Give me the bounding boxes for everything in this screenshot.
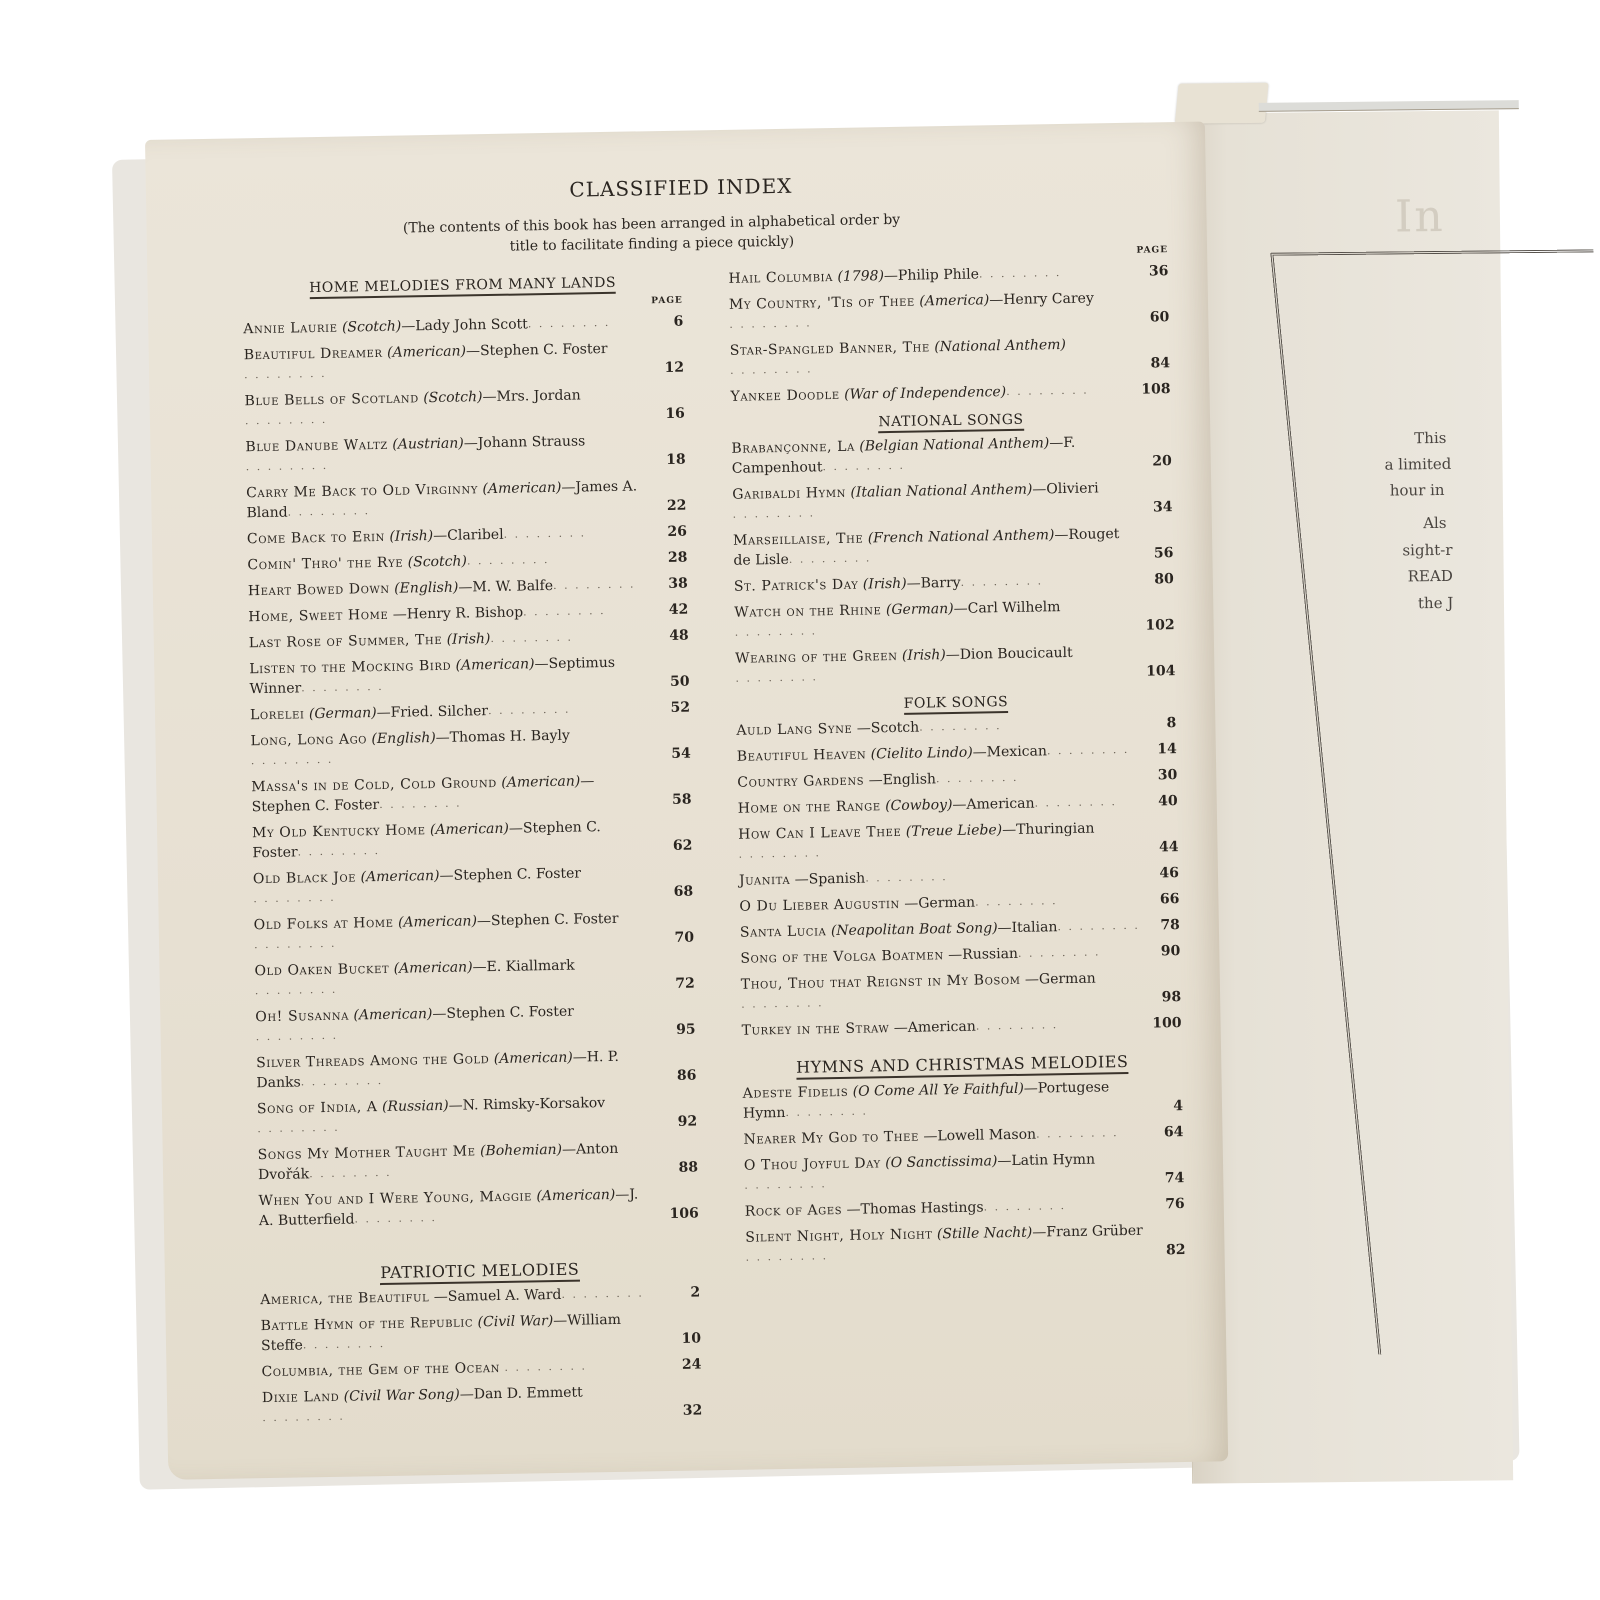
- dot-leader: . . . . . . . .: [983, 1196, 1066, 1217]
- entry-text: Turkey in the Straw —American . . . . . …: [741, 1014, 1143, 1041]
- page-number: 14: [1139, 739, 1177, 760]
- index-entry: Lorelei (German)—Fried. Silcher . . . . …: [250, 698, 690, 726]
- song-origin: (German): [309, 705, 377, 722]
- page-number: 6: [639, 312, 683, 333]
- song-title: Thou, Thou that Reignst in My Bosom: [741, 972, 1021, 993]
- song-composer: —German: [1025, 971, 1096, 988]
- entry-text: Brabançonne, La (Belgian National Anthem…: [731, 432, 1134, 479]
- song-title: Old Black Joe: [253, 869, 356, 887]
- song-composer: —Franz Grüber: [1032, 1223, 1143, 1241]
- dot-leader: . . . . . . . .: [309, 1163, 392, 1184]
- index-entry: Battle Hymn of the Republic (Civil War)—…: [261, 1308, 702, 1356]
- dot-leader: . . . . . . . .: [1034, 792, 1117, 813]
- song-title: Star-Spangled Banner, The: [730, 339, 930, 358]
- dot-leader: . . . . . . . .: [253, 888, 336, 909]
- page-number: 104: [1137, 661, 1175, 682]
- song-title: Long, Long Ago: [250, 731, 367, 749]
- entry-text: Lorelei (German)—Fried. Silcher . . . . …: [250, 698, 646, 725]
- song-origin: (Treue Liebe): [906, 822, 1003, 840]
- dot-leader: . . . . . . . .: [251, 750, 334, 771]
- song-origin: (Austrian): [392, 435, 464, 452]
- index-entry: Song of the Volga Boatmen —Russian . . .…: [740, 941, 1180, 969]
- song-origin: (Scotch): [408, 553, 468, 570]
- index-entry: Nearer My God to Thee —Lowell Mason . . …: [743, 1122, 1183, 1150]
- dot-leader: . . . . . . . .: [741, 993, 824, 1014]
- entry-text: Thou, Thou that Reignst in My Bosom —Ger…: [741, 968, 1144, 1015]
- dot-leader: . . . . . . . .: [822, 456, 905, 477]
- song-title: Silver Threads Among the Gold: [256, 1051, 489, 1071]
- index-entry: Listen to the Mocking Bird (American)—Se…: [249, 652, 690, 700]
- index-entry: America, the Beautiful —Samuel A. Ward .…: [260, 1282, 700, 1310]
- song-composer: —Stephen C. Foster: [466, 341, 608, 359]
- song-title: Auld Lang Syne: [736, 721, 852, 739]
- page-number: 80: [1136, 569, 1174, 590]
- page-number: 88: [654, 1158, 698, 1179]
- entry-text: Juanita —Spanish . . . . . . . .: [739, 864, 1141, 891]
- song-title: Marseillaise, The: [733, 531, 864, 549]
- entry-text: Songs My Mother Taught Me (Bohemian)—Ant…: [258, 1138, 655, 1185]
- cover-edge: [1259, 100, 1519, 112]
- entry-text: Santa Lucia (Neapolitan Boat Song)—Itali…: [740, 916, 1142, 943]
- song-title: O Thou Joyful Day: [744, 1155, 881, 1173]
- index-entry: My Country, 'Tis of Thee (America)—Henry…: [729, 287, 1170, 335]
- index-entry: Last Rose of Summer, The (Irish) . . . .…: [249, 626, 689, 654]
- index-entry: Old Folks at Home (American)—Stephen C. …: [254, 908, 695, 956]
- page-number: 2: [656, 1282, 700, 1303]
- entry-text: Old Black Joe (American)—Stephen C. Fost…: [253, 862, 650, 909]
- song-title: Juanita: [739, 872, 790, 889]
- song-composer: —E. Kiallmark: [472, 958, 574, 976]
- song-composer: —Henry Carey: [989, 290, 1094, 308]
- song-title: Garibaldi Hymn: [732, 485, 846, 503]
- song-title: Wearing of the Green: [735, 648, 898, 667]
- song-title: Comin' Thro' the Rye: [247, 555, 403, 574]
- index-entry: Turkey in the Straw —American . . . . . …: [741, 1013, 1181, 1041]
- dot-leader: . . . . . . . .: [1018, 942, 1101, 963]
- page-number: 64: [1145, 1122, 1183, 1143]
- song-title: Heart Bowed Down: [248, 581, 390, 599]
- right-page-text: hour in: [1390, 481, 1445, 500]
- dot-leader: . . . . . . . .: [257, 1118, 340, 1139]
- song-composer: —Dan D. Emmett: [460, 1385, 583, 1403]
- song-composer: —Stephen C. Foster: [432, 1004, 574, 1022]
- song-origin: (Irish): [446, 631, 490, 648]
- page-number: 70: [650, 928, 694, 949]
- song-origin: (Neapolitan Boat Song): [831, 920, 998, 939]
- dot-leader: . . . . . . . .: [865, 867, 948, 888]
- song-origin: (American): [501, 774, 580, 791]
- song-title: Carry Me Back to Old Virginny: [246, 481, 478, 501]
- song-composer: —Samuel A. Ward: [434, 1287, 562, 1305]
- song-title: Beautiful Dreamer: [244, 345, 383, 363]
- page-number: 98: [1143, 987, 1181, 1008]
- entry-text: Marseillaise, The (French National Anthe…: [733, 524, 1136, 571]
- page-border-frame: [1270, 249, 1600, 1354]
- page-number: 32: [658, 1400, 702, 1421]
- song-title: Battle Hymn of the Republic: [261, 1314, 474, 1334]
- page-number: 46: [1141, 863, 1179, 884]
- song-title: Old Oaken Bucket: [254, 961, 389, 979]
- entry-text: Beautiful Heaven (Cielito Lindo)—Mexican…: [737, 740, 1139, 767]
- index-page: CLASSIFIED INDEX (The contents of this b…: [145, 122, 1228, 1480]
- page-number: 86: [652, 1066, 696, 1087]
- dot-leader: . . . . . . . .: [561, 1283, 644, 1304]
- dot-leader: . . . . . . . .: [976, 1015, 1059, 1036]
- index-entry: Comin' Thro' the Rye (Scotch) . . . . . …: [247, 548, 687, 576]
- entry-text: Carry Me Back to Old Virginny (American)…: [246, 476, 643, 523]
- index-entry: Oh! Susanna (American)—Stephen C. Foster…: [255, 1000, 696, 1048]
- dot-leader: . . . . . . . .: [1047, 740, 1130, 761]
- song-title: Nearer My God to Thee: [743, 1129, 919, 1148]
- dot-leader: . . . . . . . .: [735, 621, 818, 642]
- page-number: 34: [1134, 497, 1172, 518]
- index-entry: Massa's in de Cold, Cold Ground (America…: [251, 770, 692, 818]
- page-number: 92: [653, 1112, 697, 1133]
- song-origin: (Cowboy): [885, 797, 953, 814]
- page-number: 22: [642, 496, 686, 517]
- song-title: Adeste Fidelis: [743, 1084, 849, 1102]
- entry-text: Massa's in de Cold, Cold Ground (America…: [251, 770, 648, 817]
- song-title: Watch on the Rhine: [734, 602, 881, 621]
- section-heading-folk: FOLK SONGS: [736, 691, 1176, 715]
- song-origin: (American): [482, 480, 561, 497]
- song-origin: (Russian): [382, 1098, 449, 1115]
- song-composer: —Carl Wilhelm: [954, 599, 1061, 617]
- dot-leader: . . . . . . . .: [467, 550, 550, 571]
- dot-leader: . . . . . . . .: [745, 1246, 828, 1267]
- song-origin: (Civil War Song): [344, 1387, 460, 1405]
- song-origin: (Civil War): [477, 1313, 553, 1330]
- page-number: 108: [1132, 379, 1170, 400]
- song-composer: —N. Rimsky-Korsakov: [449, 1095, 606, 1114]
- song-origin: (O Sanctissima): [885, 1153, 997, 1171]
- page-number: 12: [640, 358, 684, 379]
- entry-text: My Old Kentucky Home (American)—Stephen …: [252, 816, 649, 863]
- entry-list-patriotic: America, the Beautiful —Samuel A. Ward .…: [260, 1282, 702, 1428]
- song-origin: (American): [430, 821, 509, 838]
- song-title: Dixie Land: [262, 1389, 340, 1406]
- index-entry: Song of India, A (Russian)—N. Rimsky-Kor…: [257, 1092, 698, 1140]
- entry-list-national: Brabançonne, La (Belgian National Anthem…: [731, 431, 1175, 689]
- song-composer: —Lady John Scott: [401, 316, 528, 334]
- index-entry: Home, Sweet Home —Henry R. Bishop . . . …: [248, 600, 688, 628]
- index-entry: Country Gardens —English . . . . . . . .…: [737, 765, 1177, 793]
- right-page-text: the J: [1418, 594, 1454, 612]
- song-title: St. Patrick's Day: [734, 577, 859, 595]
- song-origin: (American): [455, 656, 534, 673]
- index-entry: Heart Bowed Down (English)—M. W. Balfe .…: [248, 574, 688, 602]
- entry-text: Columbia, the Gem of the Ocean . . . . .…: [261, 1355, 657, 1382]
- entry-text: America, the Beautiful —Samuel A. Ward .…: [260, 1283, 656, 1310]
- song-title: Rock of Ages: [745, 1202, 843, 1220]
- dot-leader: . . . . . . . .: [919, 716, 1002, 737]
- song-origin: (American): [393, 959, 472, 976]
- entry-text: Rock of Ages —Thomas Hastings . . . . . …: [745, 1195, 1147, 1222]
- section-heading-hymns: HYMNS AND CHRISTMAS MELODIES: [742, 1051, 1182, 1078]
- dot-leader: . . . . . . . .: [254, 934, 337, 955]
- dot-leader: . . . . . . . .: [975, 891, 1058, 912]
- song-title: Santa Lucia: [740, 923, 827, 941]
- index-entry: Beautiful Heaven (Cielito Lindo)—Mexican…: [737, 739, 1177, 767]
- page-number: 8: [1138, 713, 1176, 734]
- song-title: Last Rose of Summer, The: [249, 632, 443, 651]
- index-entry: Thou, Thou that Reignst in My Bosom —Ger…: [741, 967, 1182, 1015]
- song-title: Blue Bells of Scotland: [244, 390, 419, 409]
- page-tab-flap: [1175, 83, 1269, 124]
- song-title: Blue Danube Waltz: [245, 437, 388, 455]
- page-number: 106: [655, 1203, 699, 1224]
- song-title: Country Gardens: [737, 773, 864, 791]
- song-origin: (American): [387, 343, 466, 360]
- song-origin: (American): [398, 913, 477, 930]
- song-title: My Country, 'Tis of Thee: [729, 294, 915, 313]
- song-origin: (American): [353, 1006, 432, 1023]
- song-title: Listen to the Mocking Bird: [249, 658, 451, 678]
- entry-text: O Thou Joyful Day (O Sanctissima)—Latin …: [744, 1149, 1147, 1196]
- entry-text: Come Back to Erin (Irish)—Claribel . . .…: [247, 522, 643, 549]
- page-number: 52: [646, 698, 690, 719]
- index-entry: Star-Spangled Banner, The (National Anth…: [730, 333, 1171, 381]
- song-title: Annie Laurie: [243, 320, 338, 338]
- page-number: 95: [651, 1020, 695, 1041]
- song-composer: —Mexican: [973, 743, 1047, 760]
- entry-text: Old Folks at Home (American)—Stephen C. …: [254, 908, 651, 955]
- index-entry: Beautiful Dreamer (American)—Stephen C. …: [244, 338, 685, 386]
- page-number: 68: [649, 882, 693, 903]
- entry-text: Song of India, A (Russian)—N. Rimsky-Kor…: [257, 1092, 654, 1139]
- song-origin: (Irish): [389, 528, 433, 545]
- page-number: 40: [1140, 791, 1178, 812]
- index-entry: Carry Me Back to Old Virginny (American)…: [246, 476, 687, 524]
- entry-text: How Can I Leave Thee (Treue Liebe)—Thuri…: [738, 818, 1141, 865]
- page-number: 26: [643, 522, 687, 543]
- entry-list-home-melodies: Annie Laurie (Scotch)—Lady John Scott . …: [243, 312, 699, 1232]
- page-number: 74: [1146, 1168, 1184, 1189]
- song-title: Hail Columbia: [728, 269, 833, 287]
- song-composer: —Dion Boucicault: [946, 645, 1073, 663]
- entry-text: Home, Sweet Home —Henry R. Bishop . . . …: [248, 600, 644, 627]
- index-entry: Songs My Mother Taught Me (Bohemian)—Ant…: [258, 1138, 699, 1186]
- song-composer: —American: [894, 1019, 976, 1036]
- right-page: In This a limited hour in Als sight-r RE…: [1178, 110, 1513, 1483]
- song-title: Beautiful Heaven: [737, 747, 867, 765]
- index-entry: Auld Lang Syne —Scotch . . . . . . . .8: [736, 713, 1176, 741]
- song-title: O Du Lieber Augustin: [739, 896, 900, 915]
- song-composer: —Olivieri: [1032, 480, 1099, 497]
- song-title: Yankee Doodle: [730, 387, 839, 405]
- song-composer: —English: [868, 771, 936, 788]
- entry-text: Star-Spangled Banner, The (National Anth…: [730, 334, 1133, 381]
- song-composer: —Thuringian: [1002, 821, 1095, 839]
- index-entry: How Can I Leave Thee (Treue Liebe)—Thuri…: [738, 817, 1179, 865]
- page-number: 82: [1147, 1240, 1185, 1261]
- entry-text: When You and I Were Young, Maggie (Ameri…: [258, 1184, 655, 1231]
- page-number: 90: [1142, 941, 1180, 962]
- index-entry: Silver Threads Among the Gold (American)…: [256, 1046, 697, 1094]
- right-page-text: Als: [1423, 514, 1447, 532]
- page-number: 36: [1130, 261, 1168, 282]
- song-title: Songs My Mother Taught Me: [258, 1143, 476, 1163]
- page-number: 84: [1132, 353, 1170, 374]
- song-composer: —Fried. Silcher: [377, 703, 489, 721]
- dot-leader: . . . . . . . .: [297, 841, 380, 862]
- dot-leader: . . . . . . . .: [244, 364, 327, 385]
- dot-leader: . . . . . . . .: [1057, 916, 1140, 937]
- song-origin: (Stille Nacht): [937, 1225, 1033, 1243]
- dot-leader: . . . . . . . .: [488, 700, 571, 721]
- song-title: Home, Sweet Home: [248, 607, 388, 625]
- song-title: Old Folks at Home: [254, 915, 394, 933]
- index-entry: Silent Night, Holy Night (Stille Nacht)—…: [745, 1220, 1186, 1268]
- song-composer: —Latin Hymn: [997, 1152, 1095, 1170]
- page-number: 66: [1141, 889, 1179, 910]
- song-origin: (Scotch): [342, 319, 402, 336]
- song-origin: (American): [360, 868, 439, 885]
- entry-text: Country Gardens —English . . . . . . . .: [737, 766, 1139, 793]
- song-origin: (1798): [837, 268, 884, 285]
- entry-text: Hail Columbia (1798)—Philip Phile . . . …: [728, 262, 1130, 289]
- song-composer: —Stephen C. Foster: [477, 911, 619, 929]
- entry-text: Home on the Range (Cowboy)—American . . …: [738, 792, 1140, 819]
- song-composer: —Russian: [948, 946, 1018, 963]
- song-title: Lorelei: [250, 706, 305, 723]
- dot-leader: . . . . . . . .: [245, 410, 328, 431]
- song-origin: (National Anthem): [934, 337, 1066, 355]
- entry-list-hymns: Adeste Fidelis (O Come All Ye Faithful)—…: [743, 1076, 1186, 1268]
- dot-leader: . . . . . . . .: [301, 1071, 384, 1092]
- index-entry: Marseillaise, The (French National Anthe…: [733, 523, 1174, 571]
- index-entry: Watch on the Rhine (German)—Carl Wilhelm…: [734, 595, 1175, 643]
- dot-leader: . . . . . . . .: [979, 263, 1062, 284]
- song-composer: —Scotch: [857, 720, 920, 737]
- entry-text: Nearer My God to Thee —Lowell Mason . . …: [743, 1123, 1145, 1150]
- dot-leader: . . . . . . . .: [354, 1208, 437, 1229]
- song-origin: (English): [394, 580, 459, 597]
- index-entry: My Old Kentucky Home (American)—Stephen …: [252, 816, 693, 864]
- entry-text: Battle Hymn of the Republic (Civil War)—…: [261, 1309, 658, 1356]
- dot-leader: . . . . . . . .: [738, 843, 821, 864]
- index-entry: Yankee Doodle (War of Independence) . . …: [730, 379, 1170, 407]
- index-entry: Come Back to Erin (Irish)—Claribel . . .…: [247, 522, 687, 550]
- song-composer: —Spanish: [795, 871, 866, 888]
- index-entry: St. Patrick's Day (Irish)—Barry . . . . …: [734, 569, 1174, 597]
- index-entry: Hail Columbia (1798)—Philip Phile . . . …: [728, 261, 1168, 289]
- dot-leader: . . . . . . . .: [729, 313, 812, 334]
- page-number: 16: [641, 404, 685, 425]
- song-origin: (Bohemian): [480, 1142, 562, 1159]
- song-title: Home on the Range: [738, 798, 881, 816]
- index-entry: Garibaldi Hymn (Italian National Anthem)…: [732, 477, 1173, 525]
- entry-text: Silent Night, Holy Night (Stille Nacht)—…: [745, 1221, 1148, 1268]
- song-title: Silent Night, Holy Night: [745, 1226, 933, 1245]
- song-composer: —Johann Strauss: [464, 433, 586, 451]
- page-number: 30: [1139, 765, 1177, 786]
- dot-leader: . . . . . . . .: [379, 794, 462, 815]
- page-number: 28: [643, 548, 687, 569]
- dot-leader: . . . . . . . .: [732, 503, 815, 524]
- page-title: CLASSIFIED INDEX: [201, 167, 1161, 208]
- song-origin: (Cielito Lindo): [871, 745, 973, 763]
- entry-text: Auld Lang Syne —Scotch . . . . . . . .: [736, 714, 1138, 741]
- page-number: 24: [657, 1354, 701, 1375]
- page-number: 58: [647, 790, 691, 811]
- index-entry: Blue Bells of Scotland (Scotch)—Mrs. Jor…: [244, 384, 685, 432]
- song-origin: (Italian National Anthem): [850, 482, 1032, 501]
- song-title: Turkey in the Straw: [741, 1020, 889, 1039]
- entry-text: Old Oaken Bucket (American)—E. Kiallmark…: [254, 954, 651, 1001]
- faded-heading: In: [1395, 191, 1445, 243]
- song-origin: (Irish): [863, 576, 907, 593]
- dot-leader: . . . . . . . .: [490, 628, 573, 649]
- entry-text: Dixie Land (Civil War Song)—Dan D. Emmet…: [262, 1381, 659, 1428]
- page-number: 54: [647, 744, 691, 765]
- entry-text: Watch on the Rhine (German)—Carl Wilhelm…: [734, 596, 1137, 643]
- page-number: 100: [1143, 1013, 1181, 1034]
- right-page-text: READ: [1408, 567, 1453, 585]
- song-composer: —Thomas Hastings: [846, 1200, 983, 1218]
- song-origin: (Irish): [902, 647, 946, 664]
- entry-text: Oh! Susanna (American)—Stephen C. Foster…: [255, 1000, 652, 1047]
- entry-text: Heart Bowed Down (English)—M. W. Balfe .…: [248, 574, 644, 601]
- song-composer: —Philip Phile: [884, 266, 979, 284]
- page-number: 78: [1142, 915, 1180, 936]
- dot-leader: . . . . . . . .: [246, 456, 329, 477]
- right-page-text: sight-r: [1402, 541, 1452, 560]
- entry-text: Wearing of the Green (Irish)—Dion Boucic…: [735, 642, 1138, 689]
- page-number: 48: [645, 626, 689, 647]
- left-column: HOME MELODIES FROM MANY LANDS PAGE Annie…: [242, 264, 702, 1435]
- dot-leader: . . . . . . . .: [256, 1026, 339, 1047]
- index-entry: Home on the Range (Cowboy)—American . . …: [738, 791, 1178, 819]
- song-composer: —Lowell Mason: [923, 1127, 1036, 1145]
- right-page-text: a limited: [1384, 455, 1451, 474]
- song-origin: (American): [536, 1187, 615, 1204]
- index-entry: Long, Long Ago (English)—Thomas H. Bayly…: [250, 724, 691, 772]
- section-heading-national: NATIONAL SONGS: [731, 409, 1171, 433]
- page-number: 20: [1134, 451, 1172, 472]
- entry-list-folk: Auld Lang Syne —Scotch . . . . . . . .8B…: [736, 713, 1182, 1041]
- index-entry: Blue Danube Waltz (Austrian)—Johann Stra…: [245, 430, 686, 478]
- song-composer: —Claribel: [433, 527, 504, 544]
- index-entry: Rock of Ages —Thomas Hastings . . . . . …: [745, 1194, 1185, 1222]
- song-composer: —Thomas H. Bayly: [436, 728, 570, 746]
- song-title: Columbia, the Gem of the Ocean: [261, 1360, 500, 1380]
- section-heading-patriotic: PATRIOTIC MELODIES: [260, 1257, 700, 1284]
- song-origin: (America): [919, 292, 989, 309]
- page-number: 56: [1135, 543, 1173, 564]
- song-title: Song of India, A: [257, 1099, 378, 1117]
- song-title: America, the Beautiful: [260, 1289, 429, 1308]
- index-entry: Adeste Fidelis (O Come All Ye Faithful)—…: [743, 1076, 1184, 1124]
- index-entry: O Thou Joyful Day (O Sanctissima)—Latin …: [744, 1148, 1185, 1196]
- song-composer: —Italian: [997, 919, 1057, 936]
- dot-leader: . . . . . . . .: [1036, 1123, 1119, 1144]
- dot-leader: . . . . . . . .: [936, 768, 1019, 789]
- song-origin: (English): [371, 730, 436, 747]
- entry-text: Blue Danube Waltz (Austrian)—Johann Stra…: [245, 430, 642, 477]
- page-number: 4: [1145, 1096, 1183, 1117]
- song-origin: (French National Anthem): [868, 527, 1055, 546]
- page-number: 44: [1140, 837, 1178, 858]
- song-title: How Can I Leave Thee: [738, 824, 901, 843]
- index-entry: Dixie Land (Civil War Song)—Dan D. Emmet…: [262, 1380, 703, 1428]
- index-entry: O Du Lieber Augustin —German . . . . . .…: [739, 889, 1179, 917]
- song-origin: (O Come All Ye Faithful): [853, 1081, 1024, 1100]
- entry-text: St. Patrick's Day (Irish)—Barry . . . . …: [734, 570, 1136, 597]
- dot-leader: . . . . . . . .: [262, 1407, 345, 1428]
- entry-text: My Country, 'Tis of Thee (America)—Henry…: [729, 288, 1132, 335]
- song-composer: —German: [904, 895, 975, 912]
